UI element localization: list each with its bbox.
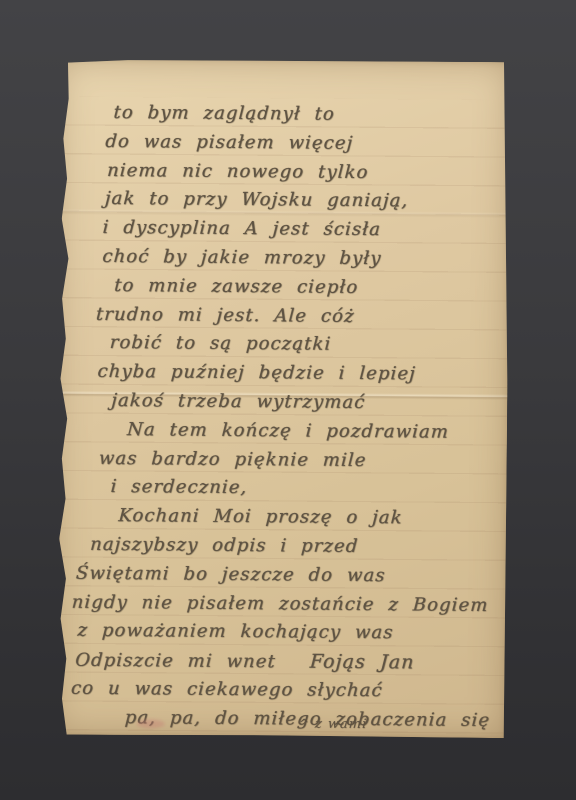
handwriting-line: Kochani Moi proszę o jak [118,502,504,534]
signature: Fojąs Jan [309,651,415,674]
handwriting-line: choć by jakie mrozy były [102,243,506,275]
handwriting-line: i dyscyplina A jest ścisła [102,214,506,246]
handwriting-line-text: Odpiszcie mi wnet [75,650,277,673]
handwriting-line: do was pisałem więcej [104,128,506,160]
handwriting-line: niema nic nowego tylko [106,157,506,189]
handwriting-line: was bardzo pięknie mile [98,444,504,476]
handwriting-line: jakoś trzeba wytrzymać [110,387,504,419]
insertion-caret: ^ [298,716,310,730]
handwriting-line: to bym zaglądnył to [113,99,507,131]
handwriting-line: Odpiszcie mi wnetFojąs Jan [74,646,502,678]
inserted-word: z wami [314,717,367,732]
handwriting-line: chyba puźniej będzie i lepiej [97,358,505,390]
handwriting-line: z poważaniem kochający was [77,617,503,649]
handwriting-line: nigdy nie pisałem zostańcie z Bogiem [71,588,503,620]
handwriting-line: jak to przy Wojsku ganiają, [104,185,506,217]
letter-paper: to bym zaglądnył to do was pisałem więce… [53,59,510,739]
inserted-word-note: ^z wami [298,716,367,732]
photo-background: to bym zaglądnył to do was pisałem więce… [0,0,576,800]
handwriting-line: to mnie zawsze ciepło [113,272,505,304]
handwriting-line: co u was ciekawego słychać [70,675,502,707]
handwriting-line: i serdecznie, [110,473,504,505]
handwriting-line: Świętami bo jeszcze do was [75,559,503,591]
handwriting-line: trudno mi jest. Ale cóż [95,300,505,332]
paper-smudge [137,719,165,728]
handwriting-line: robić to są początki [109,329,505,361]
handwriting-text: to bym zaglądnył to do was pisałem więce… [101,99,506,736]
handwriting-line: Na tem kończę i pozdrawiam [126,416,504,448]
handwriting-line: najszybszy odpis i przed [89,531,503,563]
